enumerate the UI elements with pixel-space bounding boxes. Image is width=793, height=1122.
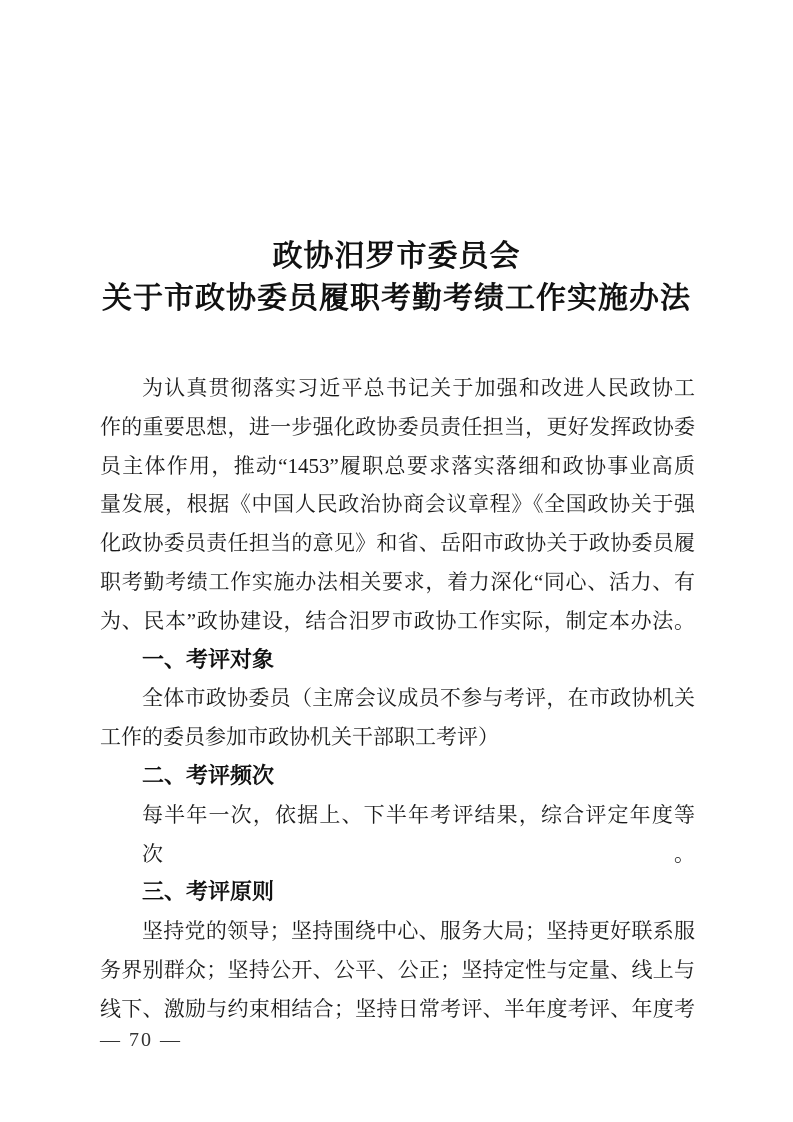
section-heading: 一、考评对象 (100, 641, 695, 680)
section-heading: 二、考评频次 (100, 757, 695, 796)
text-line: 每半年一次，依据上、下半年考评结果，综合评定年度等次。 (100, 796, 695, 874)
document-title-line-1: 政协汨罗市委员会 (99, 236, 694, 278)
text-line: 员主体作用，推动“1453”履职总要求落实落细和政协事业高质 (100, 447, 695, 486)
text-line: 全体市政协委员（主席会议成员不参与考评，在市政协机关 (100, 679, 695, 718)
document-page: 政协汨罗市委员会 关于市政协委员履职考勤考绩工作实施办法 为认真贯彻落实习近平总… (0, 0, 793, 1122)
paragraph: 为认真贯彻落实习近平总书记关于加强和改进人民政协工作的重要思想，进一步强化政协委… (100, 369, 695, 641)
text-line: 为认真贯彻落实习近平总书记关于加强和改进人民政协工 (100, 369, 695, 408)
text-line: 线下、激励与约束相结合；坚持日常考评、半年度考评、年度考 (100, 990, 695, 1029)
section-heading: 三、考评原则 (100, 873, 695, 912)
text-line: 为、民本”政协建设，结合汨罗市政协工作实际，制定本办法。 (100, 602, 695, 641)
document-body: 为认真贯彻落实习近平总书记关于加强和改进人民政协工作的重要思想，进一步强化政协委… (100, 369, 695, 1029)
text-line: 作的重要思想，进一步强化政协委员责任担当，更好发挥政协委 (100, 408, 695, 447)
text-line: 务界别群众；坚持公开、公平、公正；坚持定性与定量、线上与 (100, 951, 695, 990)
text-line: 工作的委员参加市政协机关干部职工考评） (100, 718, 695, 757)
text-line: 化政协委员责任担当的意见》和省、岳阳市政协关于政协委员履 (100, 524, 695, 563)
text-line: 坚持党的领导；坚持围绕中心、服务大局；坚持更好联系服 (100, 912, 695, 951)
paragraph: 坚持党的领导；坚持围绕中心、服务大局；坚持更好联系服务界别群众；坚持公开、公平、… (100, 912, 695, 1028)
paragraph: 每半年一次，依据上、下半年考评结果，综合评定年度等次。 (100, 796, 695, 874)
text-line: 职考勤考绩工作实施办法相关要求，着力深化“同心、活力、有 (100, 563, 695, 602)
text-line: 量发展，根据《中国人民政治协商会议章程》《全国政协关于强 (100, 485, 695, 524)
document-title-line-2: 关于市政协委员履职考勤考绩工作实施办法 (99, 278, 694, 320)
paragraph: 全体市政协委员（主席会议成员不参与考评，在市政协机关工作的委员参加市政协机关干部… (100, 679, 695, 757)
page-number: — 70 — (100, 1029, 182, 1052)
document-title: 政协汨罗市委员会 关于市政协委员履职考勤考绩工作实施办法 (99, 236, 694, 320)
